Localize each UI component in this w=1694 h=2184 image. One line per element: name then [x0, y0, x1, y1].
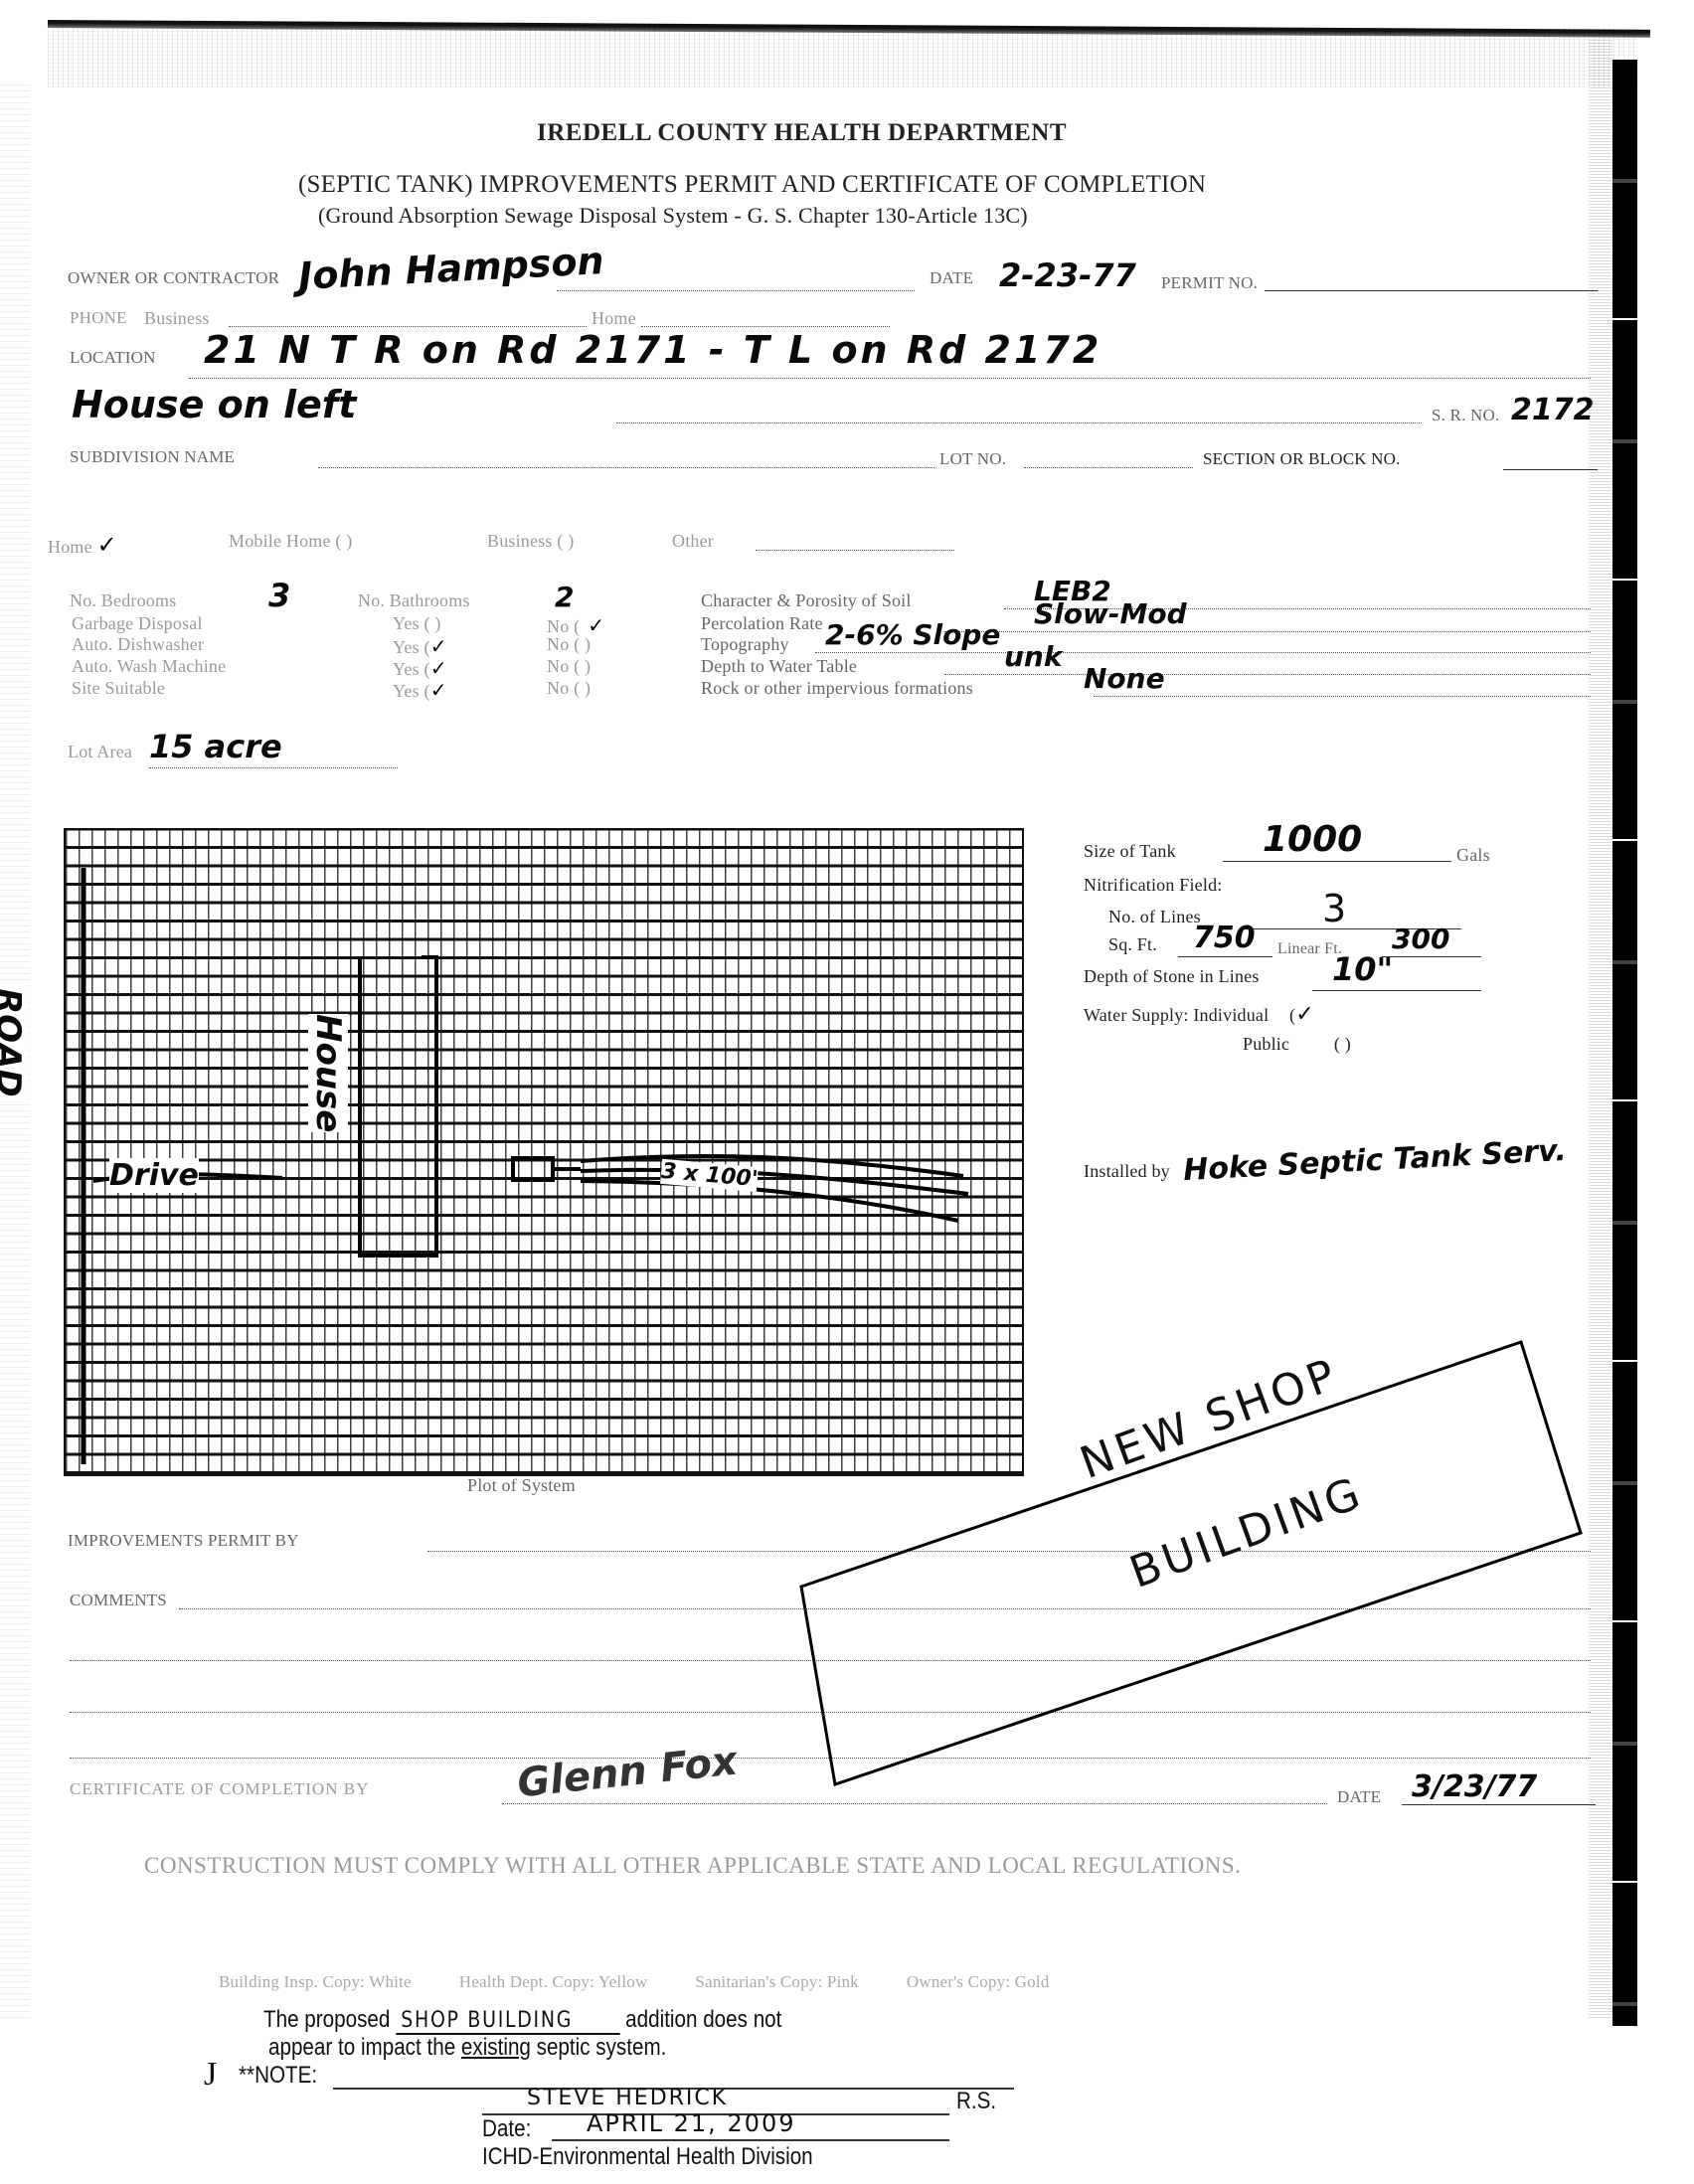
copy-label: Owner's Copy: Gold [907, 1972, 1050, 1991]
section-block-label: SECTION OR BLOCK NO. [1203, 449, 1401, 469]
certificate-date-label: DATE [1337, 1787, 1381, 1807]
sr-label: S. R. No. [1432, 406, 1499, 425]
soil-field[interactable] [815, 652, 1591, 653]
certificate-signature: Glenn Fox [515, 1739, 740, 1807]
other-field[interactable] [756, 550, 954, 551]
certificate-date-field [1402, 1804, 1596, 1805]
soil-field[interactable] [944, 631, 1591, 632]
division-label: ICHD-Environmental Health Division [482, 2143, 813, 2171]
plot-drawing [64, 828, 1020, 1472]
tank-icon [513, 1158, 553, 1180]
copy-distribution: Building Insp. Copy: WhiteHealth Dept. C… [219, 1972, 1097, 1992]
feature-no[interactable]: No ( ) [547, 678, 591, 699]
building-type-mobile[interactable]: Mobile Home ( ) [229, 531, 352, 552]
lines-value: 3 [1322, 887, 1346, 930]
stamp-date-value: APRIL 21, 2009 [587, 2109, 796, 2137]
regulation-notice: CONSTRUCTION MUST COMPLY WITH ALL OTHER … [144, 1853, 1241, 1879]
location-line1: 21 N T R on Rd 2171 - T L on Rd 2172 [204, 328, 1101, 372]
soil-value: unk [1004, 640, 1063, 673]
soil-label: Percolation Rate [701, 613, 823, 634]
water-public-label[interactable]: Public ( ) [1243, 1034, 1351, 1055]
comments-label: COMMENTS [70, 1591, 167, 1610]
phone-home-field[interactable] [641, 326, 890, 327]
form-subtitle: (Ground Absorption Sewage Disposal Syste… [318, 203, 1028, 229]
feature-yes[interactable]: Yes (✓ [393, 656, 447, 680]
soil-label: Character & Porosity of Soil [701, 590, 912, 611]
phone-business-field[interactable] [229, 326, 587, 327]
copy-label: Health Dept. Copy: Yellow [459, 1972, 648, 1991]
sr-value: 2172 [1511, 393, 1595, 427]
bedrooms-label: No. Bedrooms [70, 590, 176, 611]
certificate-label: CERTIFICATE OF COMPLETION BY [70, 1779, 369, 1799]
feature-no[interactable]: No ( ) [547, 656, 591, 677]
note-label: **NOTE: [239, 2062, 317, 2090]
soil-value: 2-6% Slope [825, 618, 1000, 651]
nitrification-label: Nitrification Field: [1084, 875, 1222, 896]
permit-by-label: IMPROVEMENTS PERMIT BY [68, 1531, 299, 1551]
sqft-label: Sq. Ft. [1108, 934, 1157, 955]
bathrooms-value: 2 [555, 581, 574, 613]
installed-by-value: Hoke Septic Tank Serv. [1182, 1133, 1567, 1188]
certificate-date-value: 3/23/77 [1412, 1769, 1537, 1804]
owner-label: OWNER OR CONTRACTOR [68, 268, 279, 288]
water-individual-label[interactable]: Water Supply: Individual (✓ [1084, 1002, 1314, 1027]
soil-value: Slow-Mod [1034, 597, 1187, 630]
tank-size-field [1223, 861, 1451, 862]
owner-field-line [557, 290, 915, 291]
location-line1-rule [189, 378, 1591, 379]
feature-no[interactable]: No ( ) [547, 634, 591, 655]
location-label: LOCATION [70, 348, 156, 368]
scan-noise [48, 28, 1638, 87]
house-label: House [308, 1014, 348, 1132]
lot-no-field[interactable] [1024, 467, 1193, 468]
stamp-fill: SHOP BUILDING [396, 2008, 619, 2035]
copy-label: Building Insp. Copy: White [219, 1972, 412, 1991]
subdivision-label: SUBDIVISION NAME [70, 447, 235, 467]
building-type-other[interactable]: Other [672, 531, 714, 552]
sqft-field [1178, 956, 1272, 957]
comments-field-3[interactable] [70, 1712, 1591, 1713]
installed-by-label: Installed by [1084, 1161, 1170, 1182]
comments-field-1[interactable] [179, 1608, 1591, 1609]
stamp-date-field [552, 2139, 949, 2141]
linear-ft-value: 300 [1392, 923, 1449, 955]
phone-business-label: Business [144, 308, 210, 329]
tank-size-value: 1000 [1263, 819, 1362, 860]
certificate-field [502, 1803, 1327, 1804]
bedrooms-value: 3 [268, 577, 290, 614]
linear-ft-field [1382, 956, 1481, 957]
stamp-initial: J [204, 2056, 217, 2094]
scan-noise-right [1589, 40, 1612, 2018]
subdivision-field[interactable] [318, 467, 934, 468]
check-icon: ✓ [430, 634, 447, 658]
stone-depth-value: 10" [1332, 950, 1393, 988]
bathrooms-label: No. Bathrooms [358, 590, 470, 611]
stamp-line2: appear to impact the existing septic sys… [268, 2034, 666, 2062]
owner-signature: John Hampson [297, 239, 604, 298]
feature-label: Auto. Wash Machine [72, 656, 226, 677]
feature-label: Site Suitable [72, 678, 165, 699]
lot-area-value: 15 acre [149, 728, 282, 765]
date-label: DATE [930, 268, 973, 288]
building-type-home[interactable]: Home ✓ [48, 531, 117, 559]
comments-field-4[interactable] [70, 1758, 1591, 1759]
feature-label: Garbage Disposal [72, 613, 203, 634]
scan-edge-right [1612, 60, 1637, 2026]
inspector-name: STEVE HEDRICK [527, 2086, 728, 2110]
lot-area-rule [149, 767, 398, 768]
phone-label: PHONE [70, 308, 127, 328]
stone-depth-label: Depth of Stone in Lines [1084, 966, 1260, 987]
agency-title: IREDELL COUNTY HEALTH DEPARTMENT [537, 119, 1067, 147]
soil-label: Depth to Water Table [701, 656, 857, 677]
copy-label: Sanitarian's Copy: Pink [695, 1972, 858, 1991]
lot-area-label: Lot Area [68, 742, 132, 762]
annotation-line2: BUILDING [1123, 1467, 1370, 1598]
home-check-icon: ✓ [97, 531, 117, 559]
drive-label: Drive [109, 1158, 199, 1193]
soil-label: Topography [701, 634, 789, 655]
lot-no-label: LOT NO. [939, 449, 1006, 469]
stone-depth-field [1312, 990, 1481, 991]
soil-label: Rock or other impervious formations [701, 678, 973, 699]
form-title: (SEPTIC TANK) IMPROVEMENTS PERMIT AND CE… [298, 171, 1206, 199]
section-block-field[interactable] [1503, 469, 1598, 470]
lines-label: No. of Lines [1108, 907, 1201, 927]
inspector-title: R.S. [956, 2088, 996, 2115]
feature-yes[interactable]: Yes (✓ [393, 634, 447, 658]
soil-field[interactable] [1094, 696, 1591, 697]
permit-by-field[interactable] [427, 1551, 1591, 1552]
water-individual-check-icon: ✓ [1295, 1002, 1314, 1027]
house-outline [360, 957, 436, 1256]
permit-no-field[interactable] [1265, 290, 1598, 291]
permit-no-label: PERMIT NO. [1161, 273, 1258, 293]
feature-yes[interactable]: Yes ( ) [393, 613, 441, 634]
building-type-business[interactable]: Business ( ) [487, 531, 574, 552]
check-icon: ✓ [430, 656, 447, 680]
stamp-date-label: Date: [482, 2115, 531, 2143]
sqft-value: 750 [1193, 921, 1256, 955]
permit-date-value: 2-23-77 [999, 256, 1136, 294]
tank-unit: Gals [1456, 845, 1490, 866]
stamp-line1: The proposed SHOP BUILDING addition does… [263, 2006, 781, 2035]
feature-yes[interactable]: Yes (✓ [393, 678, 447, 702]
soil-value: None [1084, 662, 1165, 695]
location-line2-rule [616, 422, 1422, 423]
check-icon: ✓ [430, 678, 447, 702]
feature-label: Auto. Dishwasher [72, 634, 204, 655]
tank-size-label: Size of Tank [1084, 841, 1176, 862]
plot-caption: Plot of System [467, 1475, 576, 1496]
location-line2: House on left [72, 383, 356, 426]
soil-field[interactable] [944, 674, 1591, 675]
annotation-line1: NEW SHOP [1074, 1349, 1345, 1489]
phone-home-label: Home [592, 308, 636, 329]
comments-field-2[interactable] [70, 1660, 1591, 1661]
road-label: ROAD [0, 984, 28, 1101]
